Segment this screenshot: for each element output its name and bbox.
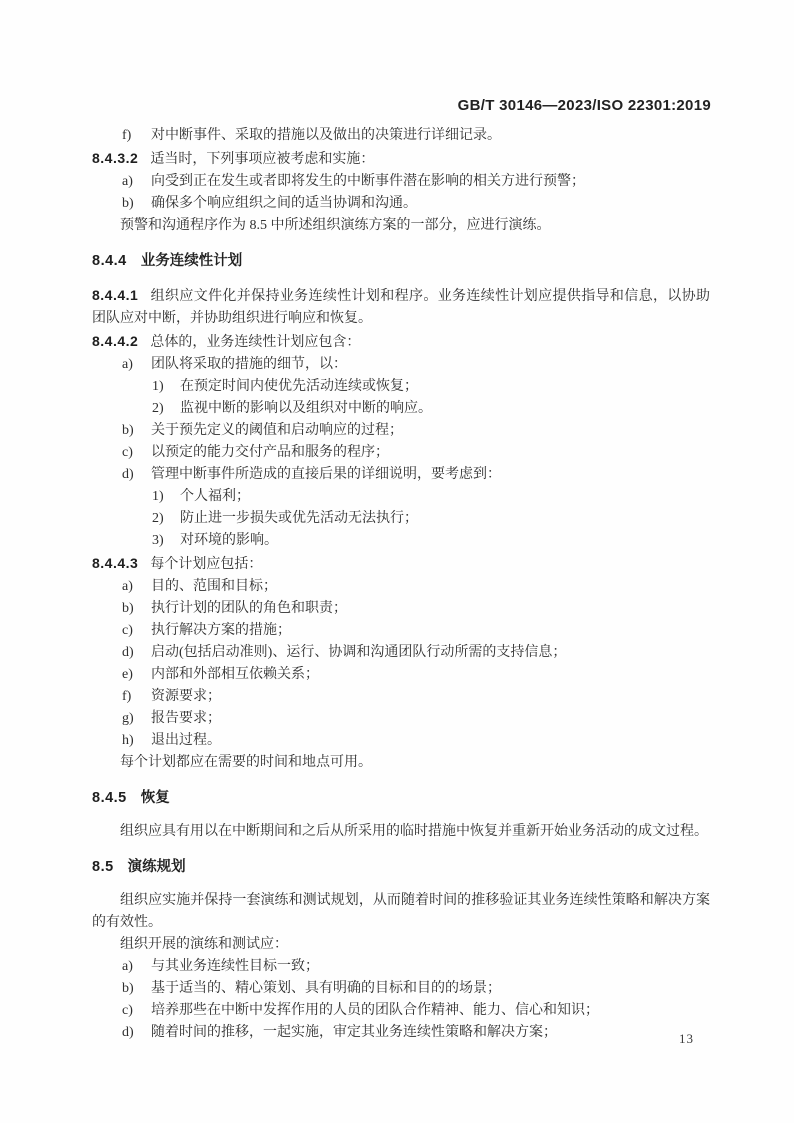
list-item: b)确保多个响应组织之间的适当协调和沟通。 bbox=[92, 193, 710, 215]
list-item-label: a) bbox=[122, 354, 133, 376]
list-item-text: 资源要求； bbox=[151, 689, 221, 704]
list-item-text: 报告要求； bbox=[151, 711, 221, 726]
list-item-text: 启动(包括启动准则)、运行、协调和沟通团队行动所需的支持信息； bbox=[151, 645, 566, 660]
list-item-text: 培养那些在中断中发挥作用的人员的团队合作精神、能力、信心和知识； bbox=[151, 1003, 599, 1018]
sub-list-item: 1)在预定时间内使优先活动连续或恢复； bbox=[92, 376, 710, 398]
standard-number-header: GB/T 30146—2023/ISO 22301:2019 bbox=[458, 97, 711, 114]
sub-list-item-label: 1) bbox=[152, 486, 164, 508]
list-item: a)向受到正在发生或者即将发生的中断事件潜在影响的相关方进行预警； bbox=[92, 171, 710, 193]
sub-list-item: 2)监视中断的影响以及组织对中断的响应。 bbox=[92, 398, 710, 420]
list-item: b)关于预先定义的阈值和启动响应的过程； bbox=[92, 420, 710, 442]
clause-paragraph: 8.4.3.2适当时，下列事项应被考虑和实施： bbox=[92, 147, 710, 171]
list-item-text: 确保多个响应组织之间的适当协调和沟通。 bbox=[151, 196, 417, 211]
list-item-text: 退出过程。 bbox=[151, 733, 221, 748]
list-item-label: f) bbox=[122, 125, 131, 147]
list-item-text: 随着时间的推移，一起实施，审定其业务连续性策略和解决方案； bbox=[151, 1025, 557, 1040]
list-item-label: g) bbox=[122, 708, 134, 730]
list-item: d)管理中断事件所造成的直接后果的详细说明，要考虑到： bbox=[92, 464, 710, 486]
list-item-text: 内部和外部相互依赖关系； bbox=[151, 667, 319, 682]
sub-list-item-label: 3) bbox=[152, 530, 164, 552]
list-item-text: 执行解决方案的措施； bbox=[151, 623, 291, 638]
clause-text: 每个计划应包括： bbox=[150, 557, 262, 572]
section-heading-number: 8.4.4 bbox=[92, 253, 127, 269]
sub-list-item-label: 2) bbox=[152, 398, 164, 420]
body-paragraph: 每个计划都应在需要的时间和地点可用。 bbox=[92, 752, 710, 774]
list-item: e)内部和外部相互依赖关系； bbox=[92, 664, 710, 686]
list-item-text: 与其业务连续性目标一致； bbox=[151, 959, 319, 974]
clause-number: 8.4.3.2 bbox=[92, 150, 138, 166]
list-item: c)以预定的能力交付产品和服务的程序； bbox=[92, 442, 710, 464]
list-item: a)与其业务连续性目标一致； bbox=[92, 956, 710, 978]
clause-number: 8.4.4.1 bbox=[92, 287, 138, 303]
list-item-label: a) bbox=[122, 576, 133, 598]
list-item-label: e) bbox=[122, 664, 133, 686]
body-paragraph-text: 组织应具有用以在中断期间和之后从所采用的临时措施中恢复并重新开始业务活动的成文过… bbox=[120, 824, 708, 839]
body-paragraph-text: 组织开展的演练和测试应： bbox=[120, 937, 288, 952]
list-item: h)退出过程。 bbox=[92, 730, 710, 752]
section-heading-title: 业务连续性计划 bbox=[141, 253, 243, 269]
list-item: c)培养那些在中断中发挥作用的人员的团队合作精神、能力、信心和知识； bbox=[92, 1000, 710, 1022]
document-page: GB/T 30146—2023/ISO 22301:2019 f)对中断事件、采… bbox=[0, 0, 794, 1123]
clause-text: 组织应文件化并保持业务连续性计划和程序。业务连续性计划应提供指导和信息，以协助团… bbox=[92, 289, 710, 326]
list-item-label: f) bbox=[122, 686, 131, 708]
section-heading: 8.5演练规划 bbox=[92, 856, 710, 878]
clause-number: 8.4.4.3 bbox=[92, 555, 138, 571]
section-heading-title: 演练规划 bbox=[128, 859, 186, 875]
list-item-text: 对中断事件、采取的措施以及做出的决策进行详细记录。 bbox=[151, 128, 501, 143]
sub-list-item-label: 2) bbox=[152, 508, 164, 530]
sub-list-item: 1)个人福利； bbox=[92, 486, 710, 508]
list-item-text: 基于适当的、精心策划、具有明确的目标和目的的场景； bbox=[151, 981, 501, 996]
section-heading: 8.4.4业务连续性计划 bbox=[92, 250, 710, 272]
list-item-label: b) bbox=[122, 193, 134, 215]
list-item: d)启动(包括启动准则)、运行、协调和沟通团队行动所需的支持信息； bbox=[92, 642, 710, 664]
list-item-text: 目的、范围和目标； bbox=[151, 579, 277, 594]
body-paragraph-text: 组织应实施并保持一套演练和测试规划，从而随着时间的推移验证其业务连续性策略和解决… bbox=[92, 893, 710, 930]
clause-paragraph: 8.4.4.2总体的，业务连续性计划应包含： bbox=[92, 330, 710, 354]
clause-text: 适当时，下列事项应被考虑和实施： bbox=[150, 152, 374, 167]
list-item: c)执行解决方案的措施； bbox=[92, 620, 710, 642]
list-item-label: d) bbox=[122, 1022, 134, 1044]
body-paragraph-text: 每个计划都应在需要的时间和地点可用。 bbox=[120, 755, 372, 770]
sub-list-item-text: 防止进一步损失或优先活动无法执行； bbox=[180, 511, 418, 526]
list-item-label: d) bbox=[122, 642, 134, 664]
list-item-label: d) bbox=[122, 464, 134, 486]
sub-list-item: 3)对环境的影响。 bbox=[92, 530, 710, 552]
section-heading-number: 8.4.5 bbox=[92, 790, 127, 806]
clause-text: 总体的，业务连续性计划应包含： bbox=[150, 335, 360, 350]
section-heading: 8.4.5恢复 bbox=[92, 787, 710, 809]
list-item-text: 关于预先定义的阈值和启动响应的过程； bbox=[151, 423, 403, 438]
list-item-label: b) bbox=[122, 978, 134, 1000]
list-item-label: b) bbox=[122, 420, 134, 442]
clause-paragraph: 8.4.4.3每个计划应包括： bbox=[92, 552, 710, 576]
list-item: a)目的、范围和目标； bbox=[92, 576, 710, 598]
list-item: g)报告要求； bbox=[92, 708, 710, 730]
sub-list-item-text: 个人福利； bbox=[180, 489, 250, 504]
list-item: d)随着时间的推移，一起实施，审定其业务连续性策略和解决方案； bbox=[92, 1022, 710, 1044]
sub-list-item-text: 在预定时间内使优先活动连续或恢复； bbox=[180, 379, 418, 394]
section-heading-title: 恢复 bbox=[141, 790, 170, 806]
list-item: b)基于适当的、精心策划、具有明确的目标和目的的场景； bbox=[92, 978, 710, 1000]
list-item-label: h) bbox=[122, 730, 134, 752]
list-item-label: a) bbox=[122, 956, 133, 978]
list-item: f)对中断事件、采取的措施以及做出的决策进行详细记录。 bbox=[92, 125, 710, 147]
list-item-label: a) bbox=[122, 171, 133, 193]
list-item: a)团队将采取的措施的细节，以： bbox=[92, 354, 710, 376]
section-heading-number: 8.5 bbox=[92, 859, 114, 875]
body-paragraph: 预警和沟通程序作为 8.5 中所述组织演练方案的一部分，应进行演练。 bbox=[92, 215, 710, 237]
list-item-label: c) bbox=[122, 620, 133, 642]
sub-list-item-text: 对环境的影响。 bbox=[180, 533, 278, 548]
list-item-text: 管理中断事件所造成的直接后果的详细说明，要考虑到： bbox=[151, 467, 501, 482]
list-item-label: b) bbox=[122, 598, 134, 620]
list-item-text: 向受到正在发生或者即将发生的中断事件潜在影响的相关方进行预警； bbox=[151, 174, 585, 189]
clause-number: 8.4.4.2 bbox=[92, 333, 138, 349]
sub-list-item-text: 监视中断的影响以及组织对中断的响应。 bbox=[180, 401, 432, 416]
list-item-label: c) bbox=[122, 1000, 133, 1022]
list-item-text: 以预定的能力交付产品和服务的程序； bbox=[151, 445, 389, 460]
sub-list-item: 2)防止进一步损失或优先活动无法执行； bbox=[92, 508, 710, 530]
list-item-text: 团队将采取的措施的细节，以： bbox=[151, 357, 347, 372]
body-paragraph-text: 预警和沟通程序作为 8.5 中所述组织演练方案的一部分，应进行演练。 bbox=[120, 218, 551, 233]
page-number: 13 bbox=[679, 1031, 694, 1047]
list-item: f)资源要求； bbox=[92, 686, 710, 708]
list-item-text: 执行计划的团队的角色和职责； bbox=[151, 601, 347, 616]
list-item: b)执行计划的团队的角色和职责； bbox=[92, 598, 710, 620]
document-body: f)对中断事件、采取的措施以及做出的决策进行详细记录。8.4.3.2适当时，下列… bbox=[92, 125, 710, 1044]
clause-paragraph: 8.4.4.1组织应文件化并保持业务连续性计划和程序。业务连续性计划应提供指导和… bbox=[92, 284, 710, 330]
body-paragraph: 组织开展的演练和测试应： bbox=[92, 934, 710, 956]
list-item-label: c) bbox=[122, 442, 133, 464]
sub-list-item-label: 1) bbox=[152, 376, 164, 398]
body-paragraph: 组织应实施并保持一套演练和测试规划，从而随着时间的推移验证其业务连续性策略和解决… bbox=[92, 890, 710, 934]
body-paragraph: 组织应具有用以在中断期间和之后从所采用的临时措施中恢复并重新开始业务活动的成文过… bbox=[92, 821, 710, 843]
